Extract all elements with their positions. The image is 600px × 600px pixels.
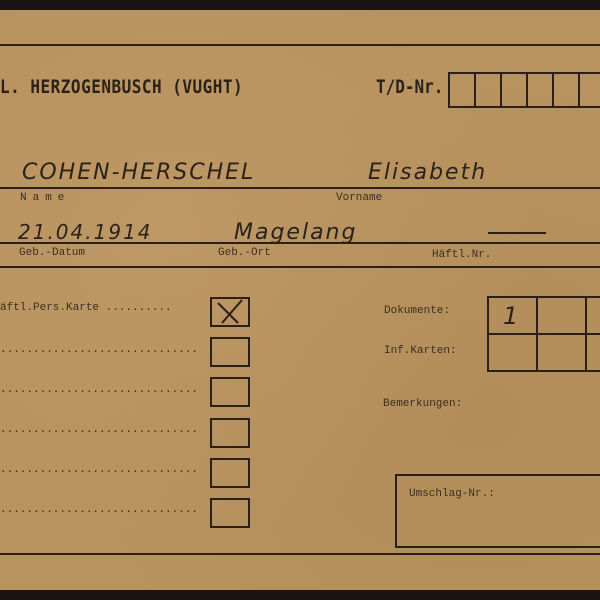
checklist-checkbox[interactable] <box>210 458 250 488</box>
td-number-box[interactable] <box>476 74 502 106</box>
td-number-box[interactable] <box>502 74 528 106</box>
top-rule <box>0 44 600 46</box>
section-rule <box>0 266 600 268</box>
td-number-box[interactable] <box>554 74 580 106</box>
name-label: Name <box>20 192 70 204</box>
checklist-item-label: ................................ <box>0 464 200 476</box>
td-number-box[interactable] <box>528 74 554 106</box>
vorname-label: Vorname <box>336 192 382 204</box>
birth-date-value: 21.04.1914 <box>18 220 153 244</box>
checklist-item-label: äftl.Pers.Karte .......... <box>0 302 200 314</box>
documents-grid: 1 <box>487 296 600 372</box>
td-number-box[interactable] <box>580 74 600 106</box>
birth-place-label: Geb.-Ort <box>218 247 271 259</box>
grid-divider <box>489 333 600 335</box>
checklist-checkbox[interactable] <box>210 297 250 327</box>
dokumente-value[interactable]: 1 <box>503 302 520 330</box>
checklist-checkbox[interactable] <box>210 337 250 367</box>
umschlag-box: Umschlag-Nr.: <box>395 474 600 548</box>
umschlag-label: Umschlag-Nr.: <box>409 488 495 500</box>
index-card: L. HERZOGENBUSCH (VUGHT) T/D-Nr. COHEN-H… <box>0 10 600 590</box>
td-number-box[interactable] <box>450 74 476 106</box>
birth-date-label: Geb.-Datum <box>19 247 85 259</box>
td-number-label: T/D-Nr. <box>376 76 443 98</box>
checklist-item-label: ................................ <box>0 344 200 356</box>
td-number-boxes <box>448 72 600 108</box>
checklist-item-label: ................................ <box>0 424 200 436</box>
prisoner-no-dash <box>488 232 546 234</box>
name-value: COHEN-HERSCHEL <box>22 160 255 185</box>
inf-karten-label: Inf.Karten: <box>384 345 457 357</box>
check-x-icon <box>212 299 248 325</box>
birth-rule <box>0 242 600 244</box>
bottom-rule <box>0 553 600 555</box>
checklist-checkbox[interactable] <box>210 377 250 407</box>
camp-title: L. HERZOGENBUSCH (VUGHT) <box>0 76 243 98</box>
prisoner-no-label: Häftl.Nr. <box>432 249 491 261</box>
name-rule <box>0 187 600 189</box>
vorname-value: Elisabeth <box>368 160 487 185</box>
checklist-item-label: ................................ <box>0 504 200 516</box>
bemerkungen-label: Bemerkungen: <box>383 398 462 410</box>
checklist-checkbox[interactable] <box>210 498 250 528</box>
checklist-item-label: ................................ <box>0 384 200 396</box>
dokumente-label: Dokumente: <box>384 305 450 317</box>
checklist-checkbox[interactable] <box>210 418 250 448</box>
